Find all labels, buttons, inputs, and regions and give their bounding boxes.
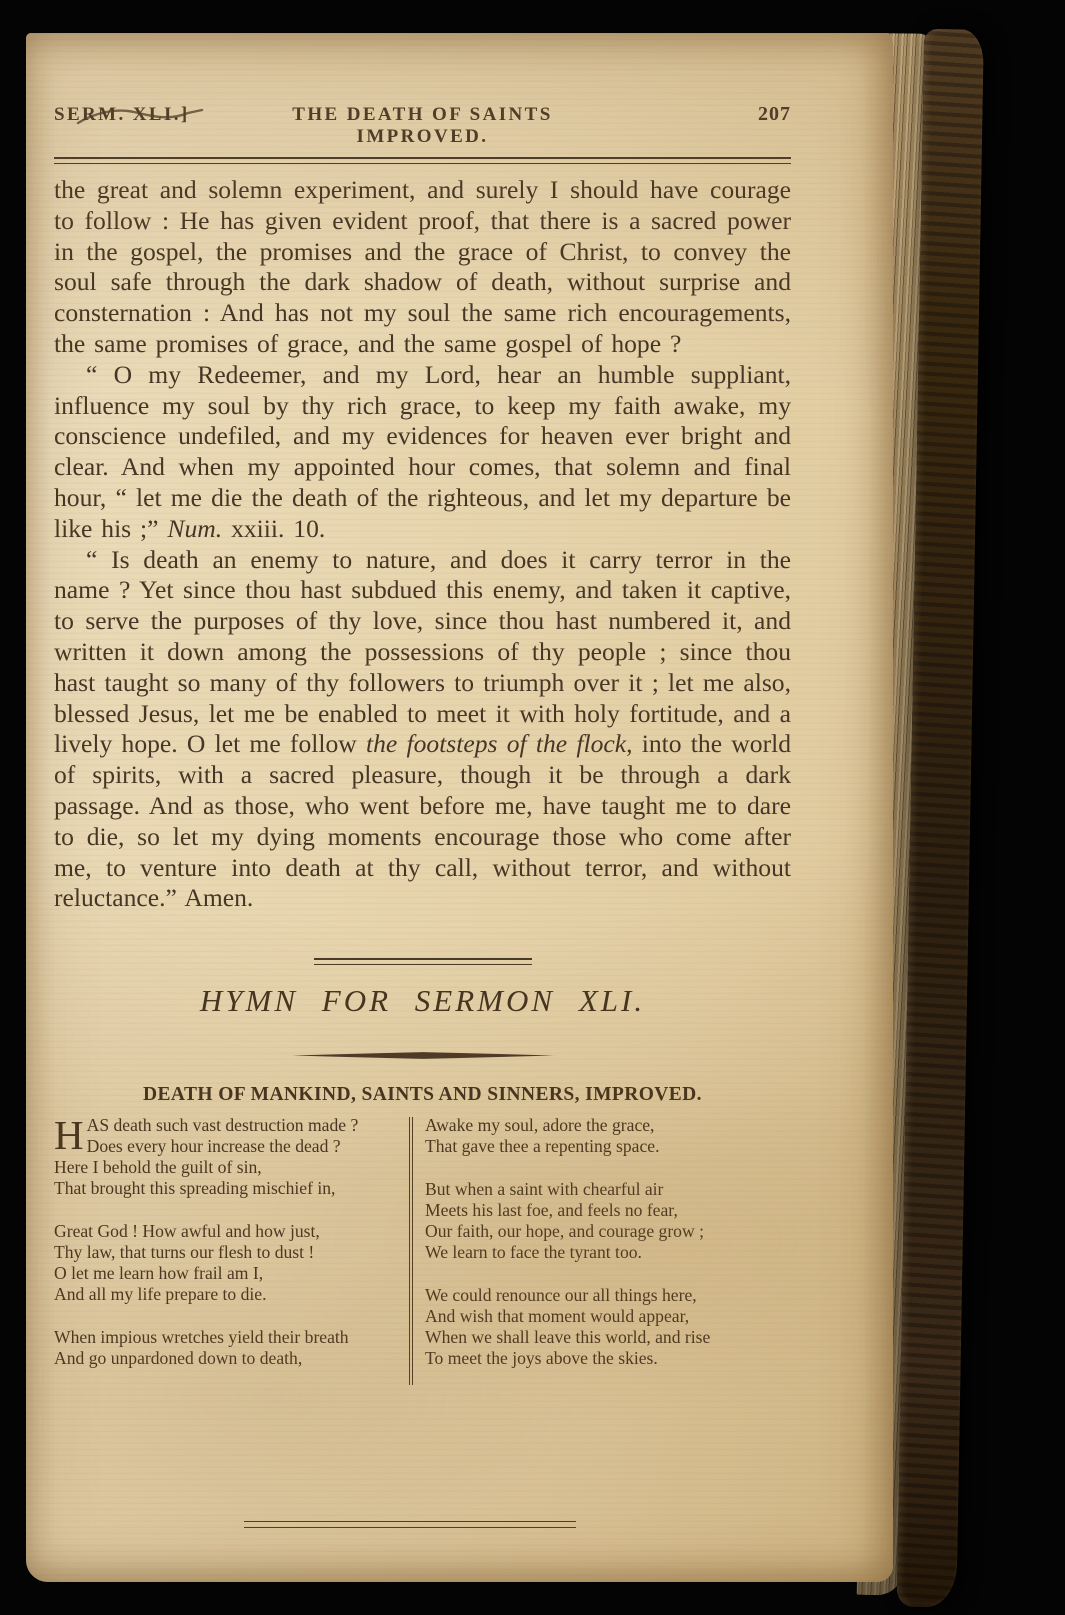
hymn-title: HYMN FOR SERMON XLI. xyxy=(54,983,791,1019)
hymn-stanza: Awake my soul, adore the grace, That gav… xyxy=(425,1115,791,1157)
header-double-rule xyxy=(54,157,791,164)
paragraph-2-text: “ O my Redeemer, and my Lord, hear an hu… xyxy=(54,360,791,543)
hymn-line: Thy law, that turns our flesh to dust ! xyxy=(54,1242,406,1263)
hymn-line: Awake my soul, adore the grace, xyxy=(425,1115,791,1136)
hymn-line: O let me learn how frail am I, xyxy=(54,1263,406,1284)
hymn-line: We could renounce our all things here, xyxy=(425,1285,791,1306)
hymn-line: Here I behold the guilt of sin, xyxy=(54,1157,406,1178)
hymn-stanza: When impious wretches yield their breath… xyxy=(54,1327,406,1369)
section-double-rule xyxy=(314,958,532,965)
hymn-line-text: AS death such vast destruction made ? xyxy=(87,1115,359,1135)
hymn-stanza: HAS death such vast destruction made ? D… xyxy=(54,1115,406,1199)
hymn-line: But when a saint with chearful air xyxy=(425,1179,791,1200)
footer-double-rule xyxy=(244,1521,576,1528)
sermon-text: the great and solemn experiment, and sur… xyxy=(54,175,791,914)
sermon-paragraph-3: “ Is death an enemy to nature, and does … xyxy=(54,545,791,915)
paragraph-2-text-end: xxiii. 10. xyxy=(222,514,325,543)
hymn-line: That gave thee a repenting space. xyxy=(425,1136,791,1157)
hymn-line: Great God ! How awful and how just, xyxy=(54,1221,406,1242)
hymn-line: When we shall leave this world, and rise xyxy=(425,1327,791,1348)
hymn-left-column: HAS death such vast destruction made ? D… xyxy=(54,1115,406,1385)
hymn-subtitle: DEATH OF MANKIND, SAINTS AND SINNERS, IM… xyxy=(54,1084,791,1106)
scripture-reference: Num. xyxy=(167,514,222,543)
drop-cap-initial: H xyxy=(54,1117,84,1153)
page-number: 207 xyxy=(576,103,791,126)
hymn-line: Our faith, our hope, and courage grow ; xyxy=(425,1221,791,1242)
book-scan-photo: { "page": { "header": { "section": "SERM… xyxy=(0,0,1065,1615)
hymn-line: When impious wretches yield their breath xyxy=(54,1327,406,1348)
sermon-paragraph-2: “ O my Redeemer, and my Lord, hear an hu… xyxy=(54,360,791,545)
hymn-line: HAS death such vast destruction made ? xyxy=(54,1115,406,1136)
running-header-title: THE DEATH OF SAINTS IMPROVED. xyxy=(269,104,576,148)
book-page: SERM. XLI.] THE DEATH OF SAINTS IMPROVED… xyxy=(26,33,893,1582)
hymn-line: Meets his last foe, and feels no fear, xyxy=(425,1200,791,1221)
hymn-line: And wish that moment would appear, xyxy=(425,1306,791,1327)
hymn-line: That brought this spreading mischief in, xyxy=(54,1178,406,1199)
hymn-line: And go unpardoned down to death, xyxy=(54,1348,406,1369)
hymn-stanza: But when a saint with chearful air Meets… xyxy=(425,1179,791,1263)
italic-phrase: the footsteps of the flock xyxy=(366,729,626,758)
hymn-stanza: We could renounce our all things here, A… xyxy=(425,1285,791,1369)
hymn-line: To meet the joys above the skies. xyxy=(425,1348,791,1369)
hymn-line: Does every hour increase the dead ? xyxy=(54,1136,406,1157)
running-header: SERM. XLI.] THE DEATH OF SAINTS IMPROVED… xyxy=(54,103,791,148)
sermon-paragraph-1: the great and solemn experiment, and sur… xyxy=(54,175,791,360)
running-header-section: SERM. XLI.] xyxy=(54,104,269,126)
paragraph-3-text: “ Is death an enemy to nature, and does … xyxy=(54,545,791,759)
page-content: SERM. XLI.] THE DEATH OF SAINTS IMPROVED… xyxy=(54,33,791,1385)
hymn-right-column: Awake my soul, adore the grace, That gav… xyxy=(416,1115,791,1385)
swelled-rule-ornament xyxy=(292,1051,554,1060)
hymn-columns: HAS death such vast destruction made ? D… xyxy=(54,1115,791,1385)
hymn-stanza: Great God ! How awful and how just, Thy … xyxy=(54,1221,406,1305)
hymn-line: And all my life prepare to die. xyxy=(54,1284,406,1305)
column-divider-double-rule xyxy=(409,1117,413,1385)
hymn-line: We learn to face the tyrant too. xyxy=(425,1242,791,1263)
